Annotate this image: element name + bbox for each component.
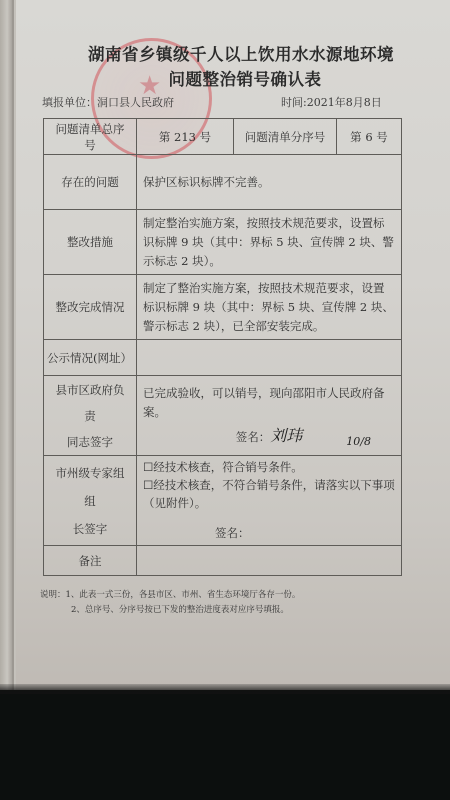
table-row-county-signature: 县市区政府负责 同志签字 已完成验收，可以销号，现向邵阳市人民政府备案。 签名：…: [44, 376, 402, 456]
publicity-value: [137, 340, 402, 376]
city-sign-label-line2: 长签字: [50, 515, 130, 543]
city-sign-label-text: 签名：: [143, 524, 395, 542]
document-title-line1: 湖南省乡镇级千人以上饮用水水源地环境: [24, 41, 450, 65]
total-serial-label: 问题清单总序号: [44, 119, 137, 155]
table-row-problem: 存在的问题 保护区标识标牌不完善。: [44, 155, 402, 210]
city-sign-content: ☐经技术核查，符合销号条件。 ☐经技术核查，不符合销号条件，请落实以下事项（见附…: [137, 456, 402, 546]
county-sign-label-line1: 县市区政府负责: [50, 377, 130, 429]
city-sign-label-line1: 市州级专家组组: [50, 459, 130, 515]
completion-value: 制定了整治实施方案，按照技术规范要求，设置标识标牌 9 块（其中：界标 5 块、…: [137, 275, 402, 340]
table-row-remarks: 备注: [44, 546, 402, 576]
sub-serial-label: 问题清单分序号: [234, 119, 337, 155]
reporting-unit-value: 洞口县人民政府: [97, 96, 174, 109]
sub-serial-value: 第 6 号: [337, 119, 402, 155]
note-line-2: 2、总序号、分序号按已下发的整治进度表对应序号填报。: [40, 603, 300, 618]
paper-sheet: ★ 湖南省乡镇级千人以上饮用水水源地环境 问题整治销号确认表 填报单位：洞口县人…: [16, 0, 450, 690]
measures-label: 整改措施: [44, 210, 137, 275]
table-row-publicity: 公示情况(网址）: [44, 340, 402, 376]
problem-label: 存在的问题: [44, 155, 137, 210]
page-bottom-shadow: [0, 684, 450, 694]
binder-spine: [0, 0, 12, 690]
reporting-unit-label: 填报单位：: [42, 96, 97, 109]
county-handwritten-date: 10/8: [346, 432, 371, 451]
date-value: 2021年8月8日: [307, 96, 382, 109]
note-line-1: 说明：1、此表一式三份，各县市区、市州、省生态环境厅各存一份。: [40, 588, 300, 603]
table-row-serial-numbers: 问题清单总序号 第 213 号 问题清单分序号 第 6 号: [44, 119, 402, 155]
problem-value: 保护区标识标牌不完善。: [137, 155, 402, 210]
city-sign-label: 市州级专家组组 长签字: [44, 456, 137, 546]
city-option-compliant: ☐经技术核查，符合销号条件。: [143, 458, 395, 476]
reporting-unit: 填报单位：洞口县人民政府: [42, 94, 174, 110]
table-row-measures: 整改措施 制定整治实施方案，按照技术规范要求，设置标识标牌 9 块（其中：界标 …: [44, 210, 402, 275]
table-row-completion: 整改完成情况 制定了整治实施方案，按照技术规范要求，设置标识标牌 9 块（其中：…: [44, 275, 402, 340]
remarks-label: 备注: [44, 546, 137, 576]
confirmation-form-table: 问题清单总序号 第 213 号 问题清单分序号 第 6 号 存在的问题 保护区标…: [43, 118, 402, 576]
county-sign-label-line2: 同志签字: [50, 429, 130, 455]
document-title-line2: 问题整治销号确认表: [28, 66, 450, 90]
total-serial-value: 第 213 号: [137, 119, 234, 155]
county-sign-statement: 已完成验收，可以销号，现向邵阳市人民政府备案。: [143, 384, 395, 422]
publicity-label: 公示情况(网址）: [44, 340, 137, 376]
report-date: 时间:2021年8月8日: [281, 94, 382, 110]
remarks-value: [137, 546, 402, 576]
county-handwritten-signature: 刘玮: [270, 426, 302, 445]
completion-label: 整改完成情况: [44, 275, 137, 340]
page-edge: [12, 0, 14, 690]
measures-value: 制定整治实施方案，按照技术规范要求，设置标识标牌 9 块（其中：界标 5 块、宣…: [137, 210, 402, 275]
county-sign-label-text: 签名：: [236, 430, 271, 444]
city-option-noncompliant: ☐经技术核查，不符合销号条件，请落实以下事项（见附件）。: [143, 476, 395, 512]
explanatory-notes: 说明：1、此表一式三份，各县市区、市州、省生态环境厅各存一份。 2、总序号、分序…: [40, 588, 300, 618]
date-label: 时间:: [281, 96, 307, 109]
county-sign-content: 已完成验收，可以销号，现向邵阳市人民政府备案。 签名：刘玮 10/8: [137, 376, 402, 456]
county-sign-label: 县市区政府负责 同志签字: [44, 376, 137, 456]
table-row-city-signature: 市州级专家组组 长签字 ☐经技术核查，符合销号条件。 ☐经技术核查，不符合销号条…: [44, 456, 402, 546]
